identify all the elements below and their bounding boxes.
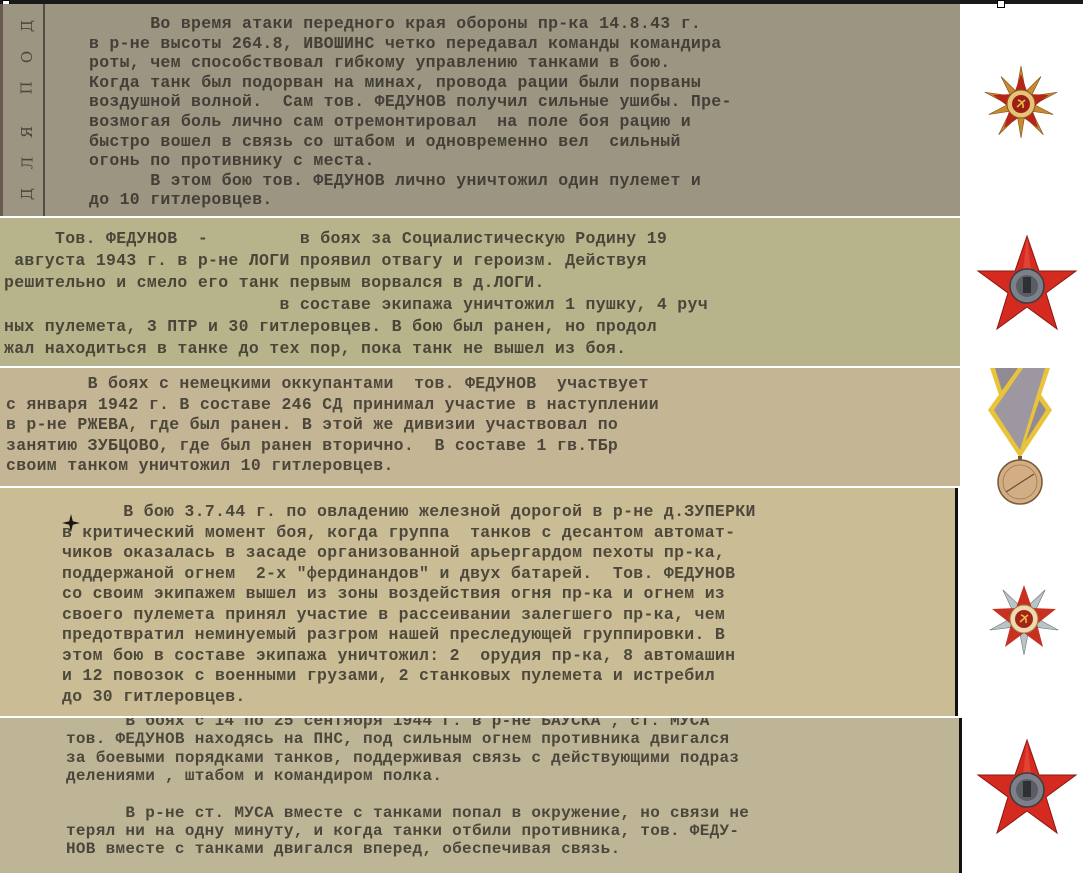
text-line: В этом бою тов. ФЕДУНОВ лично уничтожил … <box>89 171 732 191</box>
medal-for-battle-merit-icon <box>986 368 1054 506</box>
text-line: терял ни на одну минуту, и когда танки о… <box>66 822 749 840</box>
margin-rule <box>43 4 45 216</box>
text-line: ных пулемета, 3 ПТР и 30 гитлеровцев. В … <box>4 316 708 338</box>
text-line: решительно и смело его танк первым ворва… <box>4 272 708 294</box>
text-line: В боях с 14 по 25 сентября 1944 г. в р-н… <box>66 718 749 730</box>
text-line: занятию ЗУБЦОВО, где был ранен вторично.… <box>6 436 659 457</box>
award-document-section-5: В боях с 14 по 25 сентября 1944 г. в р-н… <box>0 718 962 873</box>
text-line: в составе экипажа уничтожил 1 пушку, 4 р… <box>4 294 708 316</box>
text-line: августа 1943 г. в р-не ЛОГИ проявил отва… <box>4 250 708 272</box>
resize-handle-top[interactable] <box>997 0 1005 8</box>
text-line: предотвратил неминуемый разгром нашей пр… <box>62 625 756 646</box>
text-line: В р-не ст. МУСА вместе с танками попал в… <box>66 804 749 822</box>
order-red-star-icon <box>975 234 1079 332</box>
typewritten-text: В боях с 14 по 25 сентября 1944 г. в р-н… <box>66 718 749 859</box>
order-red-star-icon <box>975 738 1079 836</box>
text-line: в критический момент боя, когда группа т… <box>62 523 756 544</box>
margin-label: Д О П Я Л Д <box>13 10 41 210</box>
order-patriotic-war-1st-class-icon <box>983 64 1059 144</box>
order-patriotic-war-2nd-class-icon <box>989 580 1059 658</box>
typewritten-text: Тов. ФЕДУНОВ - в боях за Социалистическу… <box>4 228 708 360</box>
text-line: Во время атаки передного края обороны пр… <box>89 14 732 34</box>
text-line: со своим экипажем вышел из зоны воздейст… <box>62 584 756 605</box>
text-line: в р-не РЖЕВА, где был ранен. В этой же д… <box>6 415 659 436</box>
text-line: Тов. ФЕДУНОВ - в боях за Социалистическу… <box>4 228 708 250</box>
typewritten-text: В бою 3.7.44 г. по овладению железной до… <box>62 502 756 707</box>
text-line: до 10 гитлеровцев. <box>89 190 732 210</box>
text-line: за боевыми порядками танков, поддерживая… <box>66 749 749 767</box>
award-document-section-2: Тов. ФЕДУНОВ - в боях за Социалистическу… <box>0 218 960 366</box>
text-line: в р-не высоты 264.8, ИВОШИНС четко перед… <box>89 34 732 54</box>
text-line: жал находиться в танке до тех пор, пока … <box>4 338 708 360</box>
text-line: Когда танк был подорван на минах, провод… <box>89 73 732 93</box>
text-line: с января 1942 г. В составе 246 СД приним… <box>6 395 659 416</box>
text-line: делениями , штабом и командиром полка. <box>66 767 749 785</box>
text-line: В боях с немецкими оккупантами тов. ФЕДУ… <box>6 374 659 395</box>
award-document-section-3: В боях с немецкими оккупантами тов. ФЕДУ… <box>0 368 960 486</box>
text-line: роты, чем способствовал гибкому управлен… <box>89 53 732 73</box>
text-line: быстро вошел в связь со штабом и одновре… <box>89 132 732 152</box>
text-line: НОВ вместе с танками двигался вперед, об… <box>66 840 749 858</box>
text-line: поддержаной огнем 2-х "фердинандов" и дв… <box>62 564 756 585</box>
text-line: огонь по противнику с места. <box>89 151 732 171</box>
text-line: своего пулемета принял участие в рассеив… <box>62 605 756 626</box>
text-line: тов. ФЕДУНОВ находясь на ПНС, под сильны… <box>66 730 749 748</box>
text-line: своим танком уничтожил 10 гитлеровцев. <box>6 456 659 477</box>
award-document-section-4: В бою 3.7.44 г. по овладению железной до… <box>0 488 958 716</box>
text-line: В бою 3.7.44 г. по овладению железной до… <box>62 502 756 523</box>
text-line: воздушной волной. Сам тов. ФЕДУНОВ получ… <box>89 92 732 112</box>
text-line: чиков оказалась в засаде организованной … <box>62 543 756 564</box>
text-line: и 12 повозок с военными грузами, 2 станк… <box>62 666 756 687</box>
text-line: возмогая боль лично сам отремонтировал н… <box>89 112 732 132</box>
typewritten-text: Во время атаки передного края обороны пр… <box>89 14 732 210</box>
text-line: до 30 гитлеровцев. <box>62 687 756 708</box>
award-document-section-1: Д О П Я Л Д Во время атаки передного кра… <box>0 4 960 216</box>
typewritten-text: В боях с немецкими оккупантами тов. ФЕДУ… <box>6 374 659 477</box>
text-line: этом бою в составе экипажа уничтожил: 2 … <box>62 646 756 667</box>
